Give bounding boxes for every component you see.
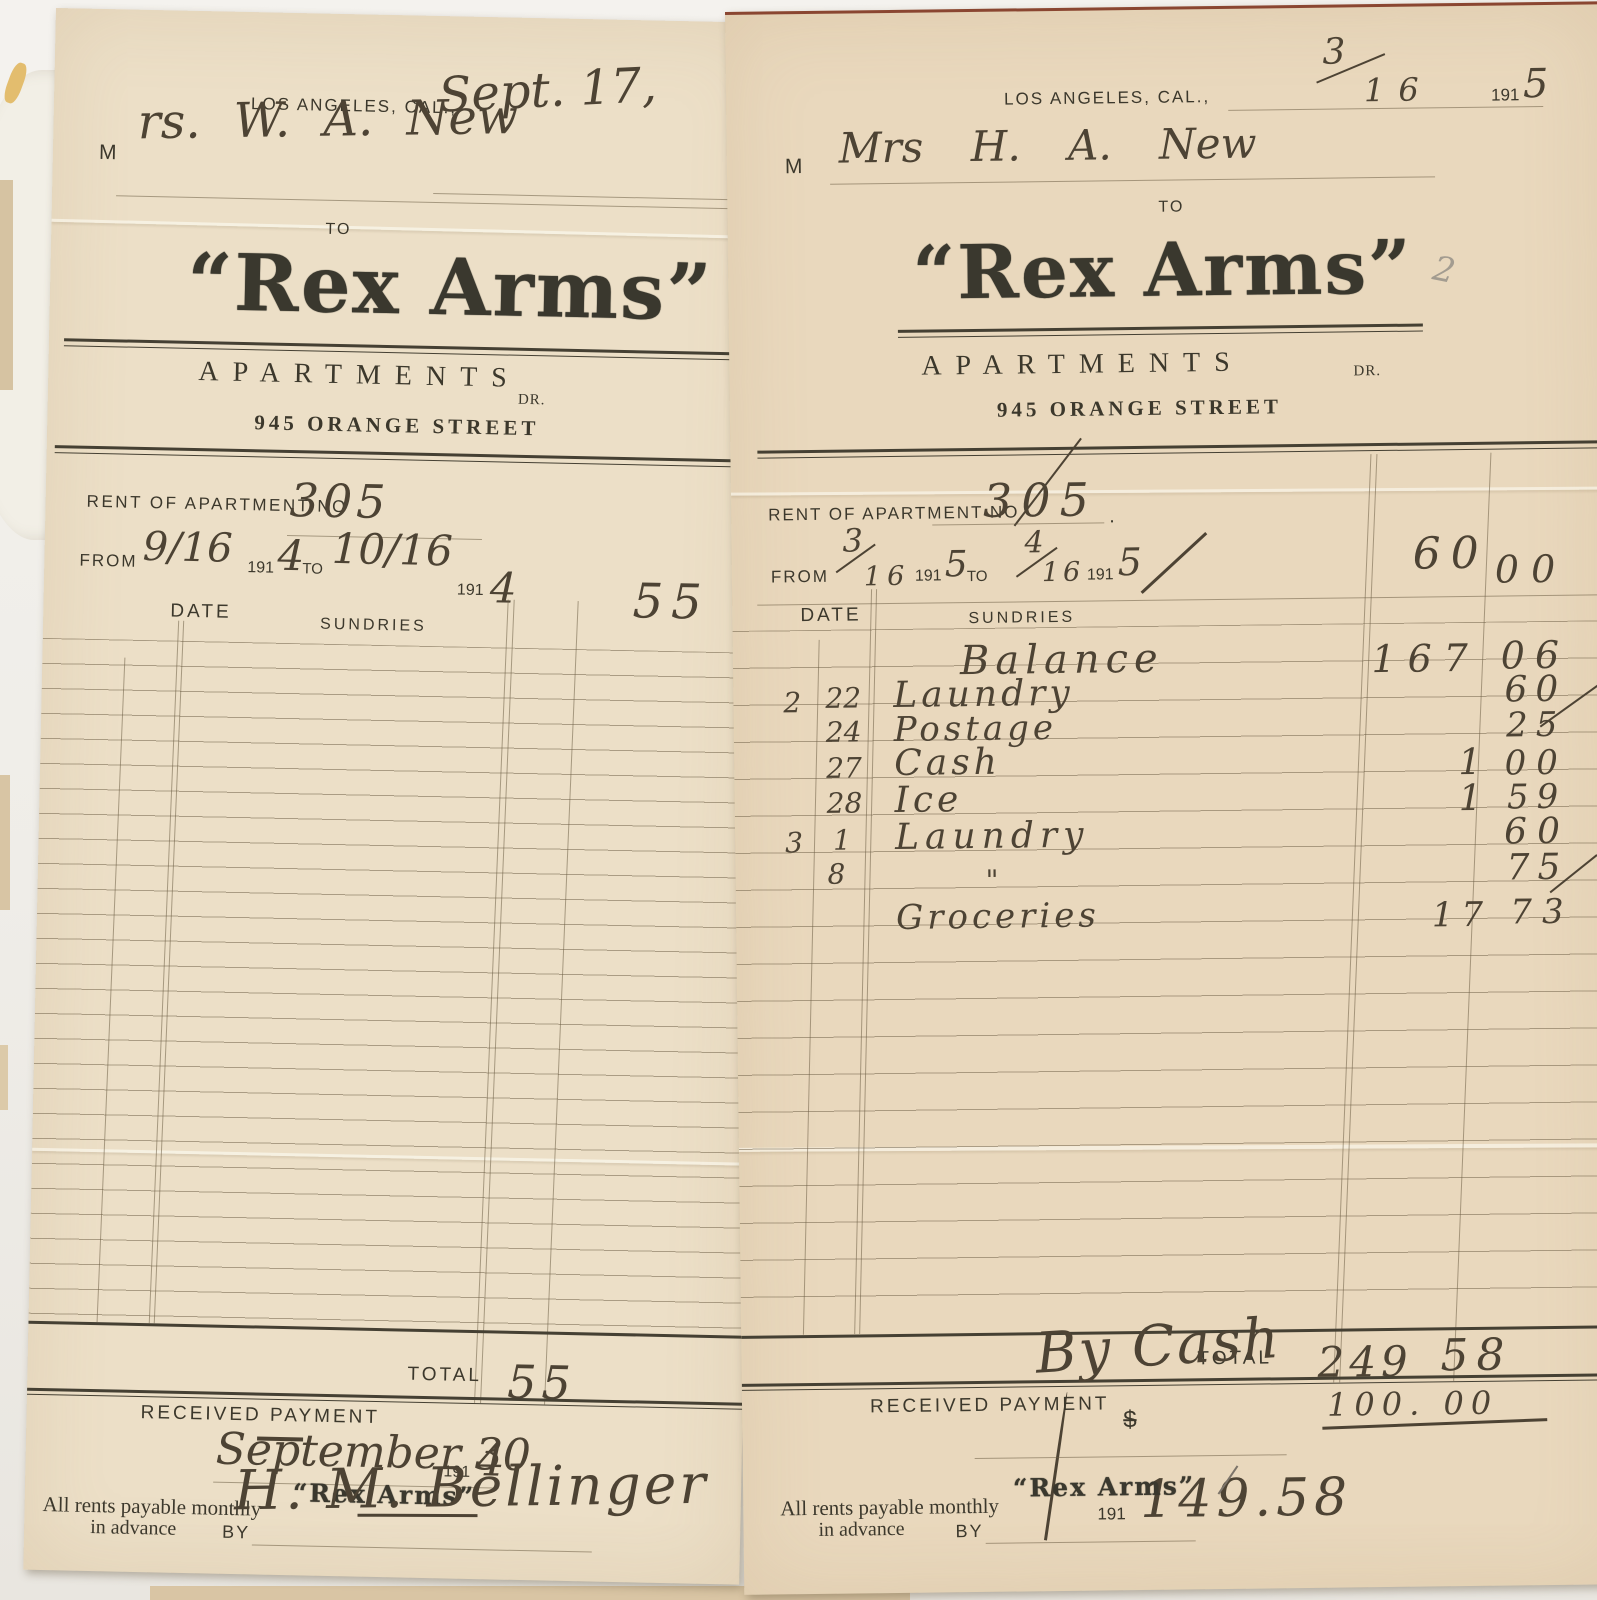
right-total-cents: 58 <box>1440 1329 1513 1381</box>
row-day: 22 <box>825 681 861 714</box>
right-sundries-column-header: SUNDRIES <box>968 609 1075 628</box>
row-desc: Groceries <box>896 895 1100 937</box>
right-to-year: 5 <box>1117 540 1142 584</box>
left-signature: H. M. Bellinger <box>234 1452 709 1523</box>
row-desc: Laundry <box>895 815 1090 858</box>
right-cash-amount: 100. 00 <box>1327 1384 1499 1424</box>
row-day: 24 <box>826 715 862 748</box>
right-city-label: LOS ANGELES, CAL., <box>1004 87 1210 110</box>
right-note-line2: in advance <box>818 1518 904 1542</box>
left-addressee-handwritten: rs. W. A. New <box>137 89 518 150</box>
right-to-day: 16 <box>1042 557 1085 589</box>
left-subtitle-suffix: DR. <box>518 392 546 410</box>
right-by-label: BY <box>955 1521 983 1542</box>
row-month: 2 <box>783 686 801 719</box>
right-from-day: 16 <box>864 561 911 593</box>
right-date-day: 16 <box>1364 70 1433 109</box>
right-to-label2: TO <box>967 568 988 585</box>
right-rent-label: RENT OF APARTMENT NO <box>768 502 1020 525</box>
right-year-prefix2: 191 <box>915 567 942 585</box>
left-from-label: FROM <box>79 551 137 572</box>
right-from-year: 5 <box>945 544 968 585</box>
left-apartment-no: 305 <box>289 473 390 529</box>
right-year: 5 <box>1523 61 1549 107</box>
left-total-label: TOTAL <box>407 1364 482 1388</box>
row-cents: 73 <box>1492 891 1592 932</box>
left-title: “Rex Arms” <box>129 236 771 340</box>
left-by-label: BY <box>222 1522 250 1544</box>
left-subtitle: APARTMENTS <box>198 356 521 395</box>
row-day: 27 <box>826 751 862 784</box>
period-mark: . <box>1109 505 1115 528</box>
left-year-prefix2: 191 <box>457 582 484 601</box>
right-receipt: 3 LOS ANGELES, CAL., 16 191 5 M Mrs H. A… <box>725 1 1597 1595</box>
scanned-receipts-scene: LOS ANGELES, CAL., Sept. 17, M rs. W. A.… <box>0 0 1597 1600</box>
row-desc: Ice <box>894 779 962 821</box>
right-payment-year-prefix: 191 <box>1097 1504 1126 1524</box>
left-to-label: TO <box>325 221 351 240</box>
right-from-label: FROM <box>771 567 829 588</box>
row-cents: 75 <box>1487 847 1587 889</box>
right-apartment-no: 305 <box>983 472 1098 527</box>
right-year-prefix: 191 <box>1491 85 1520 105</box>
right-to-month: 4 <box>1024 525 1044 560</box>
row-day: 28 <box>826 786 862 819</box>
row-dollars: 17 <box>1351 895 1491 937</box>
right-brand-small: “Rex Arms” <box>1013 1472 1163 1503</box>
row-dollars: 1 <box>1349 778 1481 821</box>
left-to-label2: TO <box>302 560 323 577</box>
right-date-column-header: DATE <box>800 604 862 627</box>
right-dollar-sign: $ <box>1123 1406 1137 1434</box>
rule <box>986 1540 1196 1544</box>
rule <box>757 594 1597 605</box>
left-total-amount: 55 <box>507 1355 577 1410</box>
left-from-year: 4 <box>277 531 305 581</box>
row-month: 3 <box>785 826 803 859</box>
right-rent-cents: 00 <box>1495 547 1568 592</box>
table-ruling <box>28 638 758 1339</box>
left-from-date: 9/16 <box>142 524 233 572</box>
rule <box>830 176 1435 184</box>
right-pencil-note: 2 <box>1429 249 1458 292</box>
left-receipt: LOS ANGELES, CAL., Sept. 17, M rs. W. A.… <box>23 8 772 1585</box>
left-year-prefix: 191 <box>247 559 274 578</box>
rule <box>975 1454 1287 1459</box>
paper-sliver <box>0 1045 8 1110</box>
row-ditto-mark: " <box>985 864 998 897</box>
right-by-cash-handwritten: By Cash <box>1033 1306 1282 1387</box>
left-address: 945 ORANGE STREET <box>254 410 540 441</box>
left-date-column-header: DATE <box>170 601 232 624</box>
right-received-label: RECEIVED PAYMENT <box>870 1393 1110 1418</box>
row-cents: 25 <box>1486 705 1586 746</box>
paper-sliver <box>0 180 13 390</box>
strike-mark <box>358 1514 478 1517</box>
left-addressee-prefix: M <box>99 141 117 165</box>
right-rent-dollars: 60 <box>1412 528 1489 580</box>
left-sundries-column-header: SUNDRIES <box>320 616 427 636</box>
row-desc: Cash <box>894 742 1001 784</box>
right-corner-month: 3 <box>1322 31 1345 72</box>
row-dollars: 167 <box>1348 636 1481 682</box>
right-title: “Rex Arms” <box>900 224 1426 316</box>
right-subtitle: APARTMENTS <box>921 347 1244 383</box>
right-addressee-handwritten: Mrs H. A. New <box>838 119 1256 173</box>
left-to-date: 10/16 <box>331 524 453 576</box>
left-note-line2: in advance <box>90 1516 177 1541</box>
row-day: 1 <box>833 824 851 857</box>
rule <box>252 1544 592 1552</box>
left-rent-amount: 55 <box>632 573 710 631</box>
row-day: 8 <box>827 858 845 891</box>
right-year-prefix3: 191 <box>1087 566 1114 584</box>
right-addressee-prefix: M <box>785 155 803 179</box>
right-address: 945 ORANGE STREET <box>997 394 1282 422</box>
right-total-dollars: 249 <box>1317 1337 1413 1387</box>
paper-sliver <box>0 775 10 910</box>
slash-mark <box>1141 532 1207 594</box>
right-subtitle-suffix: DR. <box>1353 363 1381 380</box>
rule <box>433 193 768 201</box>
right-to-label: TO <box>1158 198 1184 216</box>
